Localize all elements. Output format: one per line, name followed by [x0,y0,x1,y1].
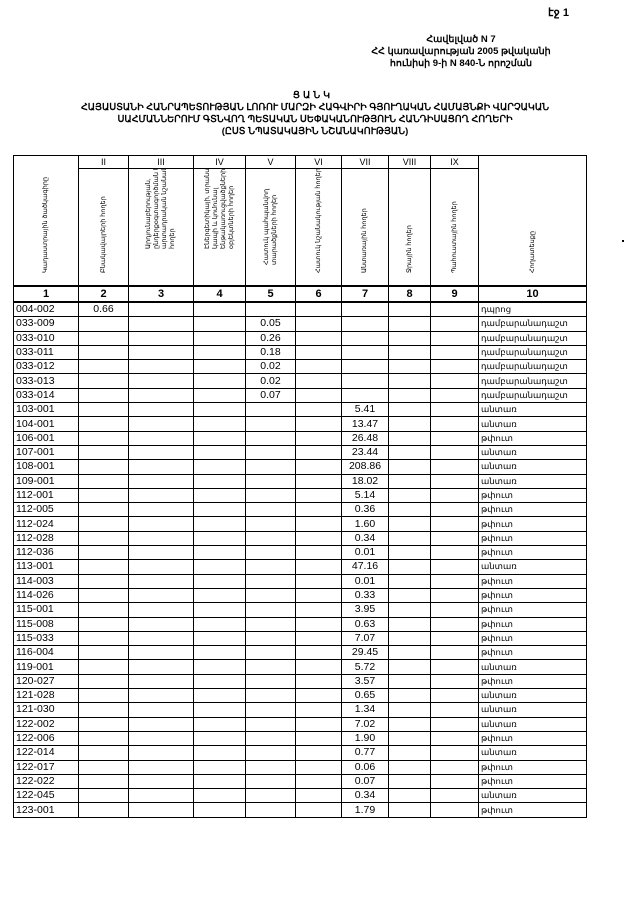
reserve-land-cell [431,646,479,660]
column-header-4: Էներգետիկայի, տրանսպորտի, կապի և կոմունա… [194,169,246,287]
column-header-label: Հատուկ պահպանվող տարածքների հողեր [263,169,279,266]
reserve-land-cell [431,460,479,474]
settlement-land-cell [79,546,129,560]
title-line-2: ՍԱՀՄԱՆՆԵՐՈՒՄ ԳՏՆՎՈՂ ՊԵՏԱԿԱՆ ՍԵՓԱԿԱՆՈՒԹՅՈ… [20,114,610,126]
water-land-cell [389,488,431,502]
scan-mark [622,240,624,242]
forest-land-cell: 18.02 [342,474,389,488]
reserve-land-cell [431,345,479,359]
special-land-cell [296,789,342,803]
water-land-cell [389,803,431,817]
reserve-land-cell [431,603,479,617]
water-land-cell [389,474,431,488]
protected-land-cell [246,731,296,745]
infrastructure-land-cell [194,317,246,331]
water-land-cell [389,417,431,431]
forest-land-cell: 0.36 [342,503,389,517]
cadastral-code-cell: 112-005 [14,503,79,517]
land-type-cell: անտառ [479,660,587,674]
infrastructure-land-cell [194,546,246,560]
cadastral-code-cell: 121-028 [14,689,79,703]
settlement-land-cell [79,703,129,717]
industrial-land-cell [129,360,194,374]
infrastructure-land-cell [194,345,246,359]
water-land-cell [389,374,431,388]
forest-land-cell: 1.34 [342,703,389,717]
infrastructure-land-cell [194,460,246,474]
roman-header: VIII [389,156,431,169]
cadastral-code-cell: 122-014 [14,746,79,760]
protected-land-cell [246,517,296,531]
cadastral-code-cell: 033-012 [14,360,79,374]
industrial-land-cell [129,631,194,645]
protected-land-cell [246,488,296,502]
cadastral-code-cell: 115-008 [14,617,79,631]
roman-header: III [129,156,194,169]
special-land-cell [296,474,342,488]
water-land-cell [389,431,431,445]
table-row: 004-0020.66դպրոց [14,302,587,317]
special-land-cell [296,460,342,474]
column-header-10: Հողատեսքը [479,156,587,287]
reserve-land-cell [431,574,479,588]
cadastral-code-cell: 108-001 [14,460,79,474]
reserve-land-cell [431,703,479,717]
settlement-land-cell [79,731,129,745]
protected-land-cell [246,503,296,517]
reserve-land-cell [431,331,479,345]
land-type-cell: դամբարանադաշտ [479,388,587,402]
infrastructure-land-cell [194,631,246,645]
industrial-land-cell [129,660,194,674]
infrastructure-land-cell [194,474,246,488]
reserve-land-cell [431,760,479,774]
land-type-cell: դամբարանադաշտ [479,331,587,345]
cadastral-code-cell: 106-001 [14,431,79,445]
land-type-cell: դպրոց [479,302,587,317]
table-row: 107-00123.44անտառ [14,445,587,459]
protected-land-cell [246,531,296,545]
special-land-cell [296,774,342,788]
column-header-7: Անտառային հողեր [342,169,389,287]
column-number: 4 [194,286,246,302]
protected-land-cell [246,760,296,774]
cadastral-code-cell: 109-001 [14,474,79,488]
industrial-land-cell [129,603,194,617]
industrial-land-cell [129,760,194,774]
reserve-land-cell [431,746,479,760]
protected-land-cell [246,560,296,574]
protected-land-cell [246,603,296,617]
forest-land-cell: 3.57 [342,674,389,688]
roman-header: VI [296,156,342,169]
special-land-cell [296,603,342,617]
table-row: 119-0015.72անտառ [14,660,587,674]
infrastructure-land-cell [194,803,246,817]
special-land-cell [296,731,342,745]
cadastral-code-cell: 033-009 [14,317,79,331]
cadastral-code-cell: 120-027 [14,674,79,688]
infrastructure-land-cell [194,603,246,617]
table-row: 033-0130.02դամբարանադաշտ [14,374,587,388]
cadastral-code-cell: 121-030 [14,703,79,717]
settlement-land-cell [79,503,129,517]
cadastral-code-cell: 113-001 [14,560,79,574]
table-row: 121-0301.34անտառ [14,703,587,717]
industrial-land-cell [129,560,194,574]
water-land-cell [389,717,431,731]
cadastral-code-cell: 004-002 [14,302,79,317]
column-header-5: Հատուկ պահպանվող տարածքների հողեր [246,169,296,287]
reserve-land-cell [431,803,479,817]
water-land-cell [389,760,431,774]
infrastructure-land-cell [194,531,246,545]
table-row: 114-0030.01թփուտ [14,574,587,588]
column-header-3: Արդյունաբերության, ընդերքօգտագործման և ա… [129,169,194,287]
water-land-cell [389,617,431,631]
table-row: 103-0015.41անտառ [14,403,587,417]
settlement-land-cell [79,360,129,374]
table-row: 109-00118.02անտառ [14,474,587,488]
protected-land-cell [246,546,296,560]
land-type-cell: թփուտ [479,731,587,745]
reserve-land-cell [431,789,479,803]
settlement-land-cell [79,403,129,417]
settlement-land-cell [79,531,129,545]
land-type-cell: թփուտ [479,488,587,502]
land-table: Կադաստրային ծածկագիրըIIIIIIVVVIVIIVIIIIX… [13,155,587,818]
cadastral-code-cell: 119-001 [14,660,79,674]
reserve-land-cell [431,445,479,459]
special-land-cell [296,445,342,459]
forest-land-cell: 7.02 [342,717,389,731]
industrial-land-cell [129,546,194,560]
table-row: 033-0140.07դամբարանադաշտ [14,388,587,402]
special-land-cell [296,417,342,431]
page-number: էջ 1 [548,6,569,19]
protected-land-cell [246,803,296,817]
infrastructure-land-cell [194,374,246,388]
special-land-cell [296,746,342,760]
special-land-cell [296,488,342,502]
land-type-cell: անտառ [479,460,587,474]
water-land-cell [389,674,431,688]
protected-land-cell [246,403,296,417]
table-row: 033-0120.02դամբարանադաշտ [14,360,587,374]
protected-land-cell: 0.02 [246,374,296,388]
protected-land-cell [246,789,296,803]
protected-land-cell [246,445,296,459]
special-land-cell [296,531,342,545]
settlement-land-cell [79,689,129,703]
special-land-cell [296,388,342,402]
column-number: 7 [342,286,389,302]
title-line-1: ՀԱՅԱՍՏԱՆԻ ՀԱՆՐԱՊԵՏՈՒԹՅԱՆ ԼՈՌՈՒ ՄԱՐԶԻ ՀԱԳ… [20,102,610,114]
special-land-cell [296,317,342,331]
special-land-cell [296,431,342,445]
column-header-label: Անտառային հողեր [361,169,369,274]
settlement-land-cell [79,660,129,674]
infrastructure-land-cell [194,588,246,602]
cadastral-code-cell: 114-026 [14,588,79,602]
infrastructure-land-cell [194,445,246,459]
water-land-cell [389,460,431,474]
settlement-land-cell: 0.66 [79,302,129,317]
special-land-cell [296,374,342,388]
cadastral-code-cell: 122-017 [14,760,79,774]
reserve-land-cell [431,317,479,331]
reserve-land-cell [431,302,479,317]
title-line-3: (ԸՍՏ ՆՊԱՏԱԿԱՅԻՆ ՆՇԱՆԱԿՈՒԹՅԱՆ) [20,126,610,138]
protected-land-cell [246,574,296,588]
cadastral-code-cell: 033-014 [14,388,79,402]
special-land-cell [296,617,342,631]
roman-header: II [79,156,129,169]
infrastructure-land-cell [194,503,246,517]
forest-land-cell: 0.63 [342,617,389,631]
cadastral-code-cell: 104-001 [14,417,79,431]
forest-land-cell: 0.34 [342,531,389,545]
water-land-cell [389,731,431,745]
column-header-1: Կադաստրային ծածկագիրը [14,156,79,287]
water-land-cell [389,302,431,317]
protected-land-cell: 0.05 [246,317,296,331]
protected-land-cell: 0.07 [246,388,296,402]
water-land-cell [389,603,431,617]
settlement-land-cell [79,774,129,788]
infrastructure-land-cell [194,431,246,445]
protected-land-cell [246,689,296,703]
column-header-2: Բնակավայրերի հողեր [79,169,129,287]
water-land-cell [389,560,431,574]
forest-land-cell: 7.07 [342,631,389,645]
infrastructure-land-cell [194,703,246,717]
water-land-cell [389,689,431,703]
industrial-land-cell [129,460,194,474]
table-row: 112-0050.36թփուտ [14,503,587,517]
settlement-land-cell [79,388,129,402]
industrial-land-cell [129,403,194,417]
settlement-land-cell [79,760,129,774]
list-title: ՑԱՆԿ [0,90,626,101]
reserve-land-cell [431,517,479,531]
cadastral-code-cell: 033-010 [14,331,79,345]
forest-land-cell: 0.06 [342,760,389,774]
water-land-cell [389,660,431,674]
forest-land-cell: 5.14 [342,488,389,502]
water-land-cell [389,703,431,717]
protected-land-cell [246,431,296,445]
water-land-cell [389,746,431,760]
column-header-label: Պահուստային հողեր [451,169,459,274]
cadastral-code-cell: 103-001 [14,403,79,417]
industrial-land-cell [129,474,194,488]
cadastral-code-cell: 122-045 [14,789,79,803]
settlement-land-cell [79,717,129,731]
cadastral-code-cell: 033-011 [14,345,79,359]
table-row: 108-001208.86անտառ [14,460,587,474]
protected-land-cell [246,460,296,474]
industrial-land-cell [129,574,194,588]
cadastral-code-cell: 123-001 [14,803,79,817]
protected-land-cell [246,474,296,488]
land-type-cell: թփուտ [479,646,587,660]
protected-land-cell [246,631,296,645]
infrastructure-land-cell [194,717,246,731]
forest-land-cell: 47.16 [342,560,389,574]
reserve-land-cell [431,689,479,703]
settlement-land-cell [79,417,129,431]
settlement-land-cell [79,803,129,817]
protected-land-cell [246,417,296,431]
forest-land-cell [342,374,389,388]
forest-land-cell: 0.01 [342,574,389,588]
column-header-label: Էներգետիկայի, տրանսպորտի, կապի և կոմունա… [204,169,236,250]
settlement-land-cell [79,631,129,645]
column-number: 3 [129,286,194,302]
special-land-cell [296,360,342,374]
water-land-cell [389,574,431,588]
infrastructure-land-cell [194,488,246,502]
settlement-land-cell [79,560,129,574]
column-header-label: Բնակավայրերի հողեր [100,169,108,274]
special-land-cell [296,588,342,602]
column-header-9: Պահուստային հողեր [431,169,479,287]
table-row: 122-0140.77անտառ [14,746,587,760]
industrial-land-cell [129,703,194,717]
land-type-cell: թփուտ [479,617,587,631]
industrial-land-cell [129,717,194,731]
infrastructure-land-cell [194,646,246,660]
land-type-cell: թփուտ [479,631,587,645]
industrial-land-cell [129,331,194,345]
settlement-land-cell [79,345,129,359]
column-number: 9 [431,286,479,302]
infrastructure-land-cell [194,574,246,588]
reserve-land-cell [431,631,479,645]
settlement-land-cell [79,488,129,502]
land-type-cell: դամբարանադաշտ [479,360,587,374]
reserve-land-cell [431,488,479,502]
cadastral-code-cell: 116-004 [14,646,79,660]
industrial-land-cell [129,731,194,745]
reserve-land-cell [431,431,479,445]
reserve-land-cell [431,660,479,674]
reserve-land-cell [431,503,479,517]
water-land-cell [389,631,431,645]
settlement-land-cell [79,574,129,588]
water-land-cell [389,588,431,602]
column-header-8: Ջրային հողեր [389,169,431,287]
settlement-land-cell [79,646,129,660]
industrial-land-cell [129,674,194,688]
reserve-land-cell [431,546,479,560]
table-row: 033-0090.05դամբարանադաշտ [14,317,587,331]
industrial-land-cell [129,517,194,531]
table-row: 112-0360.01թփուտ [14,546,587,560]
settlement-land-cell [79,746,129,760]
industrial-land-cell [129,531,194,545]
land-type-cell: անտառ [479,746,587,760]
settlement-land-cell [79,674,129,688]
column-header-label: Հատուկ նշանակության հողեր [315,169,323,274]
land-type-cell: անտառ [479,789,587,803]
cadastral-code-cell: 122-002 [14,717,79,731]
column-number: 5 [246,286,296,302]
settlement-land-cell [79,617,129,631]
infrastructure-land-cell [194,731,246,745]
annex-line-3: հունիսի 9-ի N 840-Ն որոշման [356,58,566,70]
settlement-land-cell [79,789,129,803]
industrial-land-cell [129,345,194,359]
forest-land-cell: 29.45 [342,646,389,660]
cadastral-code-cell: 107-001 [14,445,79,459]
industrial-land-cell [129,503,194,517]
forest-land-cell: 5.72 [342,660,389,674]
infrastructure-land-cell [194,388,246,402]
forest-land-cell [342,360,389,374]
infrastructure-land-cell [194,617,246,631]
forest-land-cell: 1.60 [342,517,389,531]
table-row: 104-00113.47անտառ [14,417,587,431]
table-row: 115-0013.95թփուտ [14,603,587,617]
settlement-land-cell [79,317,129,331]
table-row: 112-0241.60թփուտ [14,517,587,531]
special-land-cell [296,560,342,574]
water-land-cell [389,388,431,402]
industrial-land-cell [129,445,194,459]
land-type-cell: անտառ [479,403,587,417]
roman-header: IX [431,156,479,169]
water-land-cell [389,517,431,531]
reserve-land-cell [431,388,479,402]
forest-land-cell [342,317,389,331]
land-type-cell: անտառ [479,689,587,703]
forest-land-cell: 0.65 [342,689,389,703]
table-row: 112-0015.14թփուտ [14,488,587,502]
water-land-cell [389,774,431,788]
water-land-cell [389,445,431,459]
annex-line-2: ՀՀ կառավարության 2005 թվականի [356,46,566,58]
special-land-cell [296,631,342,645]
infrastructure-land-cell [194,660,246,674]
water-land-cell [389,360,431,374]
infrastructure-land-cell [194,517,246,531]
water-land-cell [389,789,431,803]
protected-land-cell: 0.26 [246,331,296,345]
forest-land-cell: 0.34 [342,789,389,803]
cadastral-code-cell: 122-022 [14,774,79,788]
forest-land-cell [342,345,389,359]
industrial-land-cell [129,488,194,502]
infrastructure-land-cell [194,403,246,417]
table-row: 122-0450.34անտառ [14,789,587,803]
industrial-land-cell [129,417,194,431]
special-land-cell [296,646,342,660]
water-land-cell [389,403,431,417]
column-number: 2 [79,286,129,302]
land-type-cell: թփուտ [479,760,587,774]
forest-land-cell: 0.77 [342,746,389,760]
reserve-land-cell [431,531,479,545]
table-row: 114-0260.33թփուտ [14,588,587,602]
land-type-cell: թփուտ [479,603,587,617]
forest-land-cell: 23.44 [342,445,389,459]
protected-land-cell [246,617,296,631]
infrastructure-land-cell [194,302,246,317]
land-type-cell: անտառ [479,474,587,488]
water-land-cell [389,531,431,545]
